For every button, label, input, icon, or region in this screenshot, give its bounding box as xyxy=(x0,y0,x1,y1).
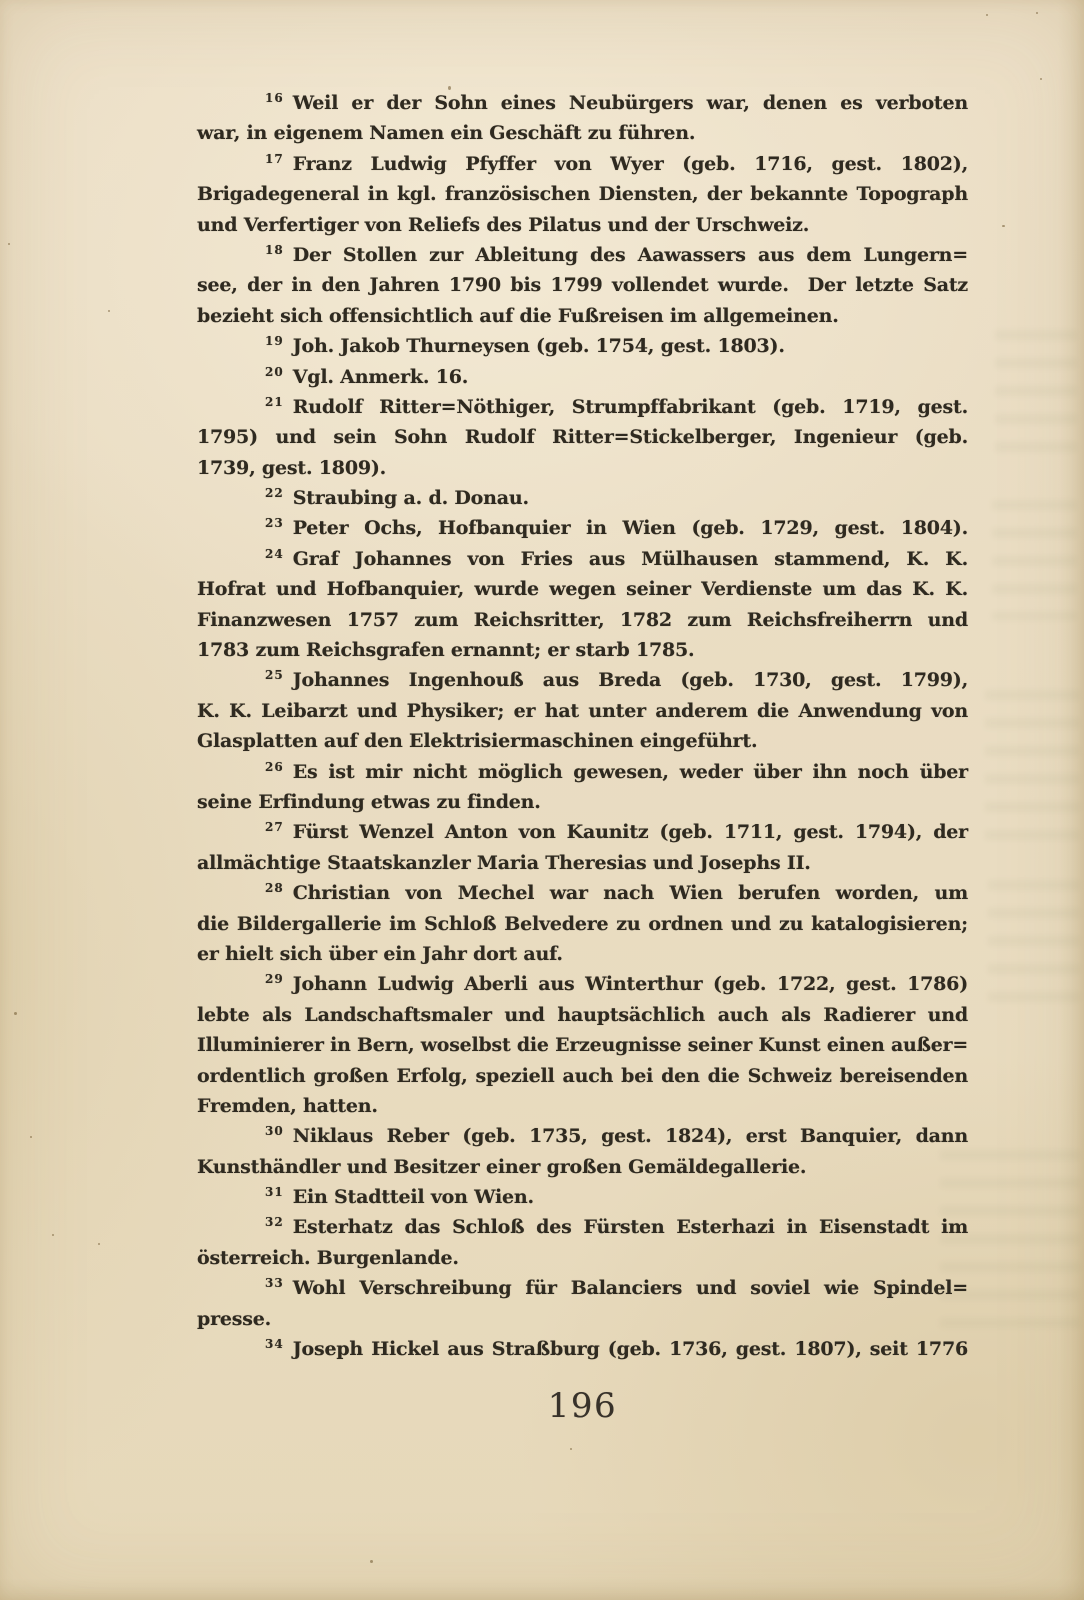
note-line: 1795) und sein Sohn Rudolf Ritter=Sticke… xyxy=(197,422,968,452)
note-line-text: lebte als Landschaftsmaler und hauptsäch… xyxy=(197,1004,968,1026)
footnote-number: 26 xyxy=(265,760,284,774)
note-line: lebte als Landschaftsmaler und hauptsäch… xyxy=(197,1000,968,1030)
note-line: seine Erfindung etwas zu finden. xyxy=(197,787,968,817)
footnote: 29Johann Ludwig Aberli aus Winterthur (g… xyxy=(197,969,968,1121)
footnote-number: 28 xyxy=(265,881,284,895)
note-line: 18Der Stollen zur Ableitung des Aawasser… xyxy=(197,240,968,270)
note-line: er hielt sich über ein Jahr dort auf. xyxy=(197,939,968,969)
footnote-number: 34 xyxy=(265,1337,284,1351)
footnote: 22Straubing a. d. Donau. xyxy=(197,483,968,513)
footnote: 31Ein Stadtteil von Wien. xyxy=(197,1182,968,1212)
note-line-text: die Bildergallerie im Schloß Belvedere z… xyxy=(197,913,968,935)
note-line: 19Joh. Jakob Thurneysen (geb. 1754, gest… xyxy=(197,331,968,361)
note-line: 31Ein Stadtteil von Wien. xyxy=(197,1182,968,1212)
note-line: 17Franz Ludwig Pfyffer von Wyer (geb. 17… xyxy=(197,149,968,179)
note-line-text: und Verfertiger von Reliefs des Pilatus … xyxy=(197,214,809,236)
note-line: 34Joseph Hickel aus Straßburg (geb. 1736… xyxy=(197,1334,968,1364)
note-line-text: Vgl. Anmerk. 16. xyxy=(293,366,468,388)
footnote: 24Graf Johannes von Fries aus Mülhausen … xyxy=(197,544,968,666)
footnote: 32Esterhatz das Schloß des Fürsten Ester… xyxy=(197,1212,968,1273)
note-line: Kunsthändler und Besitzer einer großen G… xyxy=(197,1152,968,1182)
paper-speck xyxy=(14,1012,17,1015)
note-line: see, der in den Jahren 1790 bis 1799 vol… xyxy=(197,270,968,300)
footnote-number: 20 xyxy=(265,365,284,379)
paper-speck xyxy=(8,243,10,245)
note-line: 20Vgl. Anmerk. 16. xyxy=(197,362,968,392)
scan-edge-shading xyxy=(1058,0,1084,1600)
page-number: 196 xyxy=(197,1386,968,1426)
note-line-text: Straubing a. d. Donau. xyxy=(293,487,529,509)
paper-speck xyxy=(108,310,110,312)
note-line: 22Straubing a. d. Donau. xyxy=(197,483,968,513)
note-line: 27Fürst Wenzel Anton von Kaunitz (geb. 1… xyxy=(197,817,968,847)
paper-speck xyxy=(986,14,988,16)
note-line: 33Wohl Verschreibung für Balanciers und … xyxy=(197,1273,968,1303)
scan-edge-shading xyxy=(0,1578,1084,1600)
footnote: 21Rudolf Ritter=Nöthiger, Strumpffabrika… xyxy=(197,392,968,483)
footnote: 27Fürst Wenzel Anton von Kaunitz (geb. 1… xyxy=(197,817,968,878)
note-line-text: Joseph Hickel aus Straßburg (geb. 1736, … xyxy=(293,1338,968,1360)
note-line-text: Es ist mir nicht möglich gewesen, weder … xyxy=(293,761,968,783)
note-line: K. K. Leibarzt und Physiker; er hat unte… xyxy=(197,696,968,726)
note-line-text: er hielt sich über ein Jahr dort auf. xyxy=(197,943,563,965)
footnote: 20Vgl. Anmerk. 16. xyxy=(197,362,968,392)
note-line: Fremden, hatten. xyxy=(197,1091,968,1121)
paper-speck xyxy=(30,1136,32,1138)
note-line-text: K. K. Leibarzt und Physiker; er hat unte… xyxy=(197,700,968,722)
note-line-text: 1739, gest. 1809). xyxy=(197,457,386,479)
note-line-text: Glasplatten auf den Elektrisiermaschinen… xyxy=(197,730,757,752)
paper-speck xyxy=(370,1560,373,1563)
note-line-text: Hofrat und Hofbanquier, wurde wegen sein… xyxy=(197,578,968,600)
note-line-text: 1783 zum Reichsgrafen ernannt; er starb … xyxy=(197,639,694,661)
paper-speck xyxy=(1040,78,1042,80)
footnote-number: 18 xyxy=(265,243,284,257)
note-line: 1739, gest. 1809). xyxy=(197,453,968,483)
note-line-text: Johannes Ingenhouß aus Breda (geb. 1730,… xyxy=(293,669,968,691)
note-line-text: Peter Ochs, Hofbanquier in Wien (geb. 17… xyxy=(293,517,968,539)
paper-speck xyxy=(1002,225,1005,227)
note-line-text: österreich. Burgenlande. xyxy=(197,1247,459,1269)
footnote: 23Peter Ochs, Hofbanquier in Wien (geb. … xyxy=(197,513,968,543)
footnote: 33Wohl Verschreibung für Balanciers und … xyxy=(197,1273,968,1334)
note-line-text: Joh. Jakob Thurneysen (geb. 1754, gest. … xyxy=(293,335,785,357)
footnote: 18Der Stollen zur Ableitung des Aawasser… xyxy=(197,240,968,331)
footnote-number: 32 xyxy=(265,1215,284,1229)
footnote: 16Weil er der Sohn eines Neubürgers war,… xyxy=(197,88,968,149)
note-line: 28Christian von Mechel war nach Wien ber… xyxy=(197,878,968,908)
footnote-number: 21 xyxy=(265,395,284,409)
note-line-text: ordentlich großen Erfolg, speziell auch … xyxy=(197,1065,968,1087)
paper-speck xyxy=(52,1234,54,1236)
note-line: allmächtige Staatskanzler Maria Theresia… xyxy=(197,848,968,878)
note-line-text: Niklaus Reber (geb. 1735, gest. 1824), e… xyxy=(293,1125,968,1147)
note-line-text: Kunsthändler und Besitzer einer großen G… xyxy=(197,1156,806,1178)
note-line: die Bildergallerie im Schloß Belvedere z… xyxy=(197,909,968,939)
footnote-number: 23 xyxy=(265,516,284,530)
note-line-text: Der Stollen zur Ableitung des Aawassers … xyxy=(293,244,968,266)
note-line: 30Niklaus Reber (geb. 1735, gest. 1824),… xyxy=(197,1121,968,1151)
note-line: Finanzwesen 1757 zum Reichsritter, 1782 … xyxy=(197,605,968,635)
note-line: Glasplatten auf den Elektrisiermaschinen… xyxy=(197,726,968,756)
note-line-text: Esterhatz das Schloß des Fürsten Esterha… xyxy=(293,1216,968,1238)
note-line: 32Esterhatz das Schloß des Fürsten Ester… xyxy=(197,1212,968,1242)
footnote: 30Niklaus Reber (geb. 1735, gest. 1824),… xyxy=(197,1121,968,1182)
note-line-text: bezieht sich offensichtlich auf die Fußr… xyxy=(197,305,839,327)
note-line-text: Franz Ludwig Pfyffer von Wyer (geb. 1716… xyxy=(293,153,968,175)
footnote: 28Christian von Mechel war nach Wien ber… xyxy=(197,878,968,969)
note-line: 24Graf Johannes von Fries aus Mülhausen … xyxy=(197,544,968,574)
paper-speck xyxy=(570,1448,572,1450)
footnotes-block: 16Weil er der Sohn eines Neubürgers war,… xyxy=(197,88,968,1364)
note-line: 21Rudolf Ritter=Nöthiger, Strumpffabrika… xyxy=(197,392,968,422)
note-line-text: Finanzwesen 1757 zum Reichsritter, 1782 … xyxy=(197,609,968,631)
note-line-text: allmächtige Staatskanzler Maria Theresia… xyxy=(197,852,811,874)
note-line: bezieht sich offensichtlich auf die Fußr… xyxy=(197,301,968,331)
note-line: 25Johannes Ingenhouß aus Breda (geb. 173… xyxy=(197,665,968,695)
note-line-text: see, der in den Jahren 1790 bis 1799 vol… xyxy=(197,274,968,296)
note-line-text: Christian von Mechel war nach Wien beruf… xyxy=(293,882,968,904)
note-line: 26Es ist mir nicht möglich gewesen, wede… xyxy=(197,757,968,787)
footnote-number: 22 xyxy=(265,486,284,500)
note-line-text: Fürst Wenzel Anton von Kaunitz (geb. 171… xyxy=(293,821,968,843)
note-line: österreich. Burgenlande. xyxy=(197,1243,968,1273)
note-line-text: war, in eigenem Namen ein Geschäft zu fü… xyxy=(197,122,695,144)
note-line: presse. xyxy=(197,1304,968,1334)
note-line: 23Peter Ochs, Hofbanquier in Wien (geb. … xyxy=(197,513,968,543)
footnote-number: 24 xyxy=(265,547,284,561)
footnote-number: 30 xyxy=(265,1124,284,1138)
footnote-number: 16 xyxy=(265,91,284,105)
note-line: war, in eigenem Namen ein Geschäft zu fü… xyxy=(197,118,968,148)
footnote-number: 33 xyxy=(265,1276,284,1290)
note-line-text: Graf Johannes von Fries aus Mülhausen st… xyxy=(293,548,968,570)
scanned-book-page: 16Weil er der Sohn eines Neubürgers war,… xyxy=(0,0,1084,1600)
footnote-number: 17 xyxy=(265,152,284,166)
note-line: 16Weil er der Sohn eines Neubürgers war,… xyxy=(197,88,968,118)
footnote: 26Es ist mir nicht möglich gewesen, wede… xyxy=(197,757,968,818)
note-line-text: 1795) und sein Sohn Rudolf Ritter=Sticke… xyxy=(197,426,968,448)
note-line: Brigadegeneral in kgl. französischen Die… xyxy=(197,179,968,209)
note-line-text: presse. xyxy=(197,1308,271,1330)
note-line: und Verfertiger von Reliefs des Pilatus … xyxy=(197,210,968,240)
footnote-number: 19 xyxy=(265,334,284,348)
note-line: Hofrat und Hofbanquier, wurde wegen sein… xyxy=(197,574,968,604)
note-line-text: Ein Stadtteil von Wien. xyxy=(293,1186,534,1208)
note-line-text: Illuminierer in Bern, woselbst die Erzeu… xyxy=(197,1034,968,1056)
note-line: Illuminierer in Bern, woselbst die Erzeu… xyxy=(197,1030,968,1060)
note-line-text: Brigadegeneral in kgl. französischen Die… xyxy=(197,183,968,205)
note-line-text: Johann Ludwig Aberli aus Winterthur (geb… xyxy=(293,973,968,995)
paper-speck xyxy=(98,1243,100,1245)
footnote-number: 27 xyxy=(265,820,284,834)
note-line-text: Wohl Verschreibung für Balanciers und so… xyxy=(293,1277,968,1299)
note-line: ordentlich großen Erfolg, speziell auch … xyxy=(197,1061,968,1091)
note-line: 29Johann Ludwig Aberli aus Winterthur (g… xyxy=(197,969,968,999)
footnote: 25Johannes Ingenhouß aus Breda (geb. 173… xyxy=(197,665,968,756)
footnote: 17Franz Ludwig Pfyffer von Wyer (geb. 17… xyxy=(197,149,968,240)
footnote: 19Joh. Jakob Thurneysen (geb. 1754, gest… xyxy=(197,331,968,361)
footnote-number: 25 xyxy=(265,668,284,682)
note-line: 1783 zum Reichsgrafen ernannt; er starb … xyxy=(197,635,968,665)
note-line-text: Fremden, hatten. xyxy=(197,1095,378,1117)
footnote: 34Joseph Hickel aus Straßburg (geb. 1736… xyxy=(197,1334,968,1364)
note-line-text: Weil er der Sohn eines Neubürgers war, d… xyxy=(293,92,968,114)
note-line-text: Rudolf Ritter=Nöthiger, Strumpffabrikant… xyxy=(293,396,968,418)
note-line-text: seine Erfindung etwas zu finden. xyxy=(197,791,541,813)
footnote-number: 29 xyxy=(265,972,284,986)
paper-speck xyxy=(1036,12,1038,14)
footnote-number: 31 xyxy=(265,1185,284,1199)
